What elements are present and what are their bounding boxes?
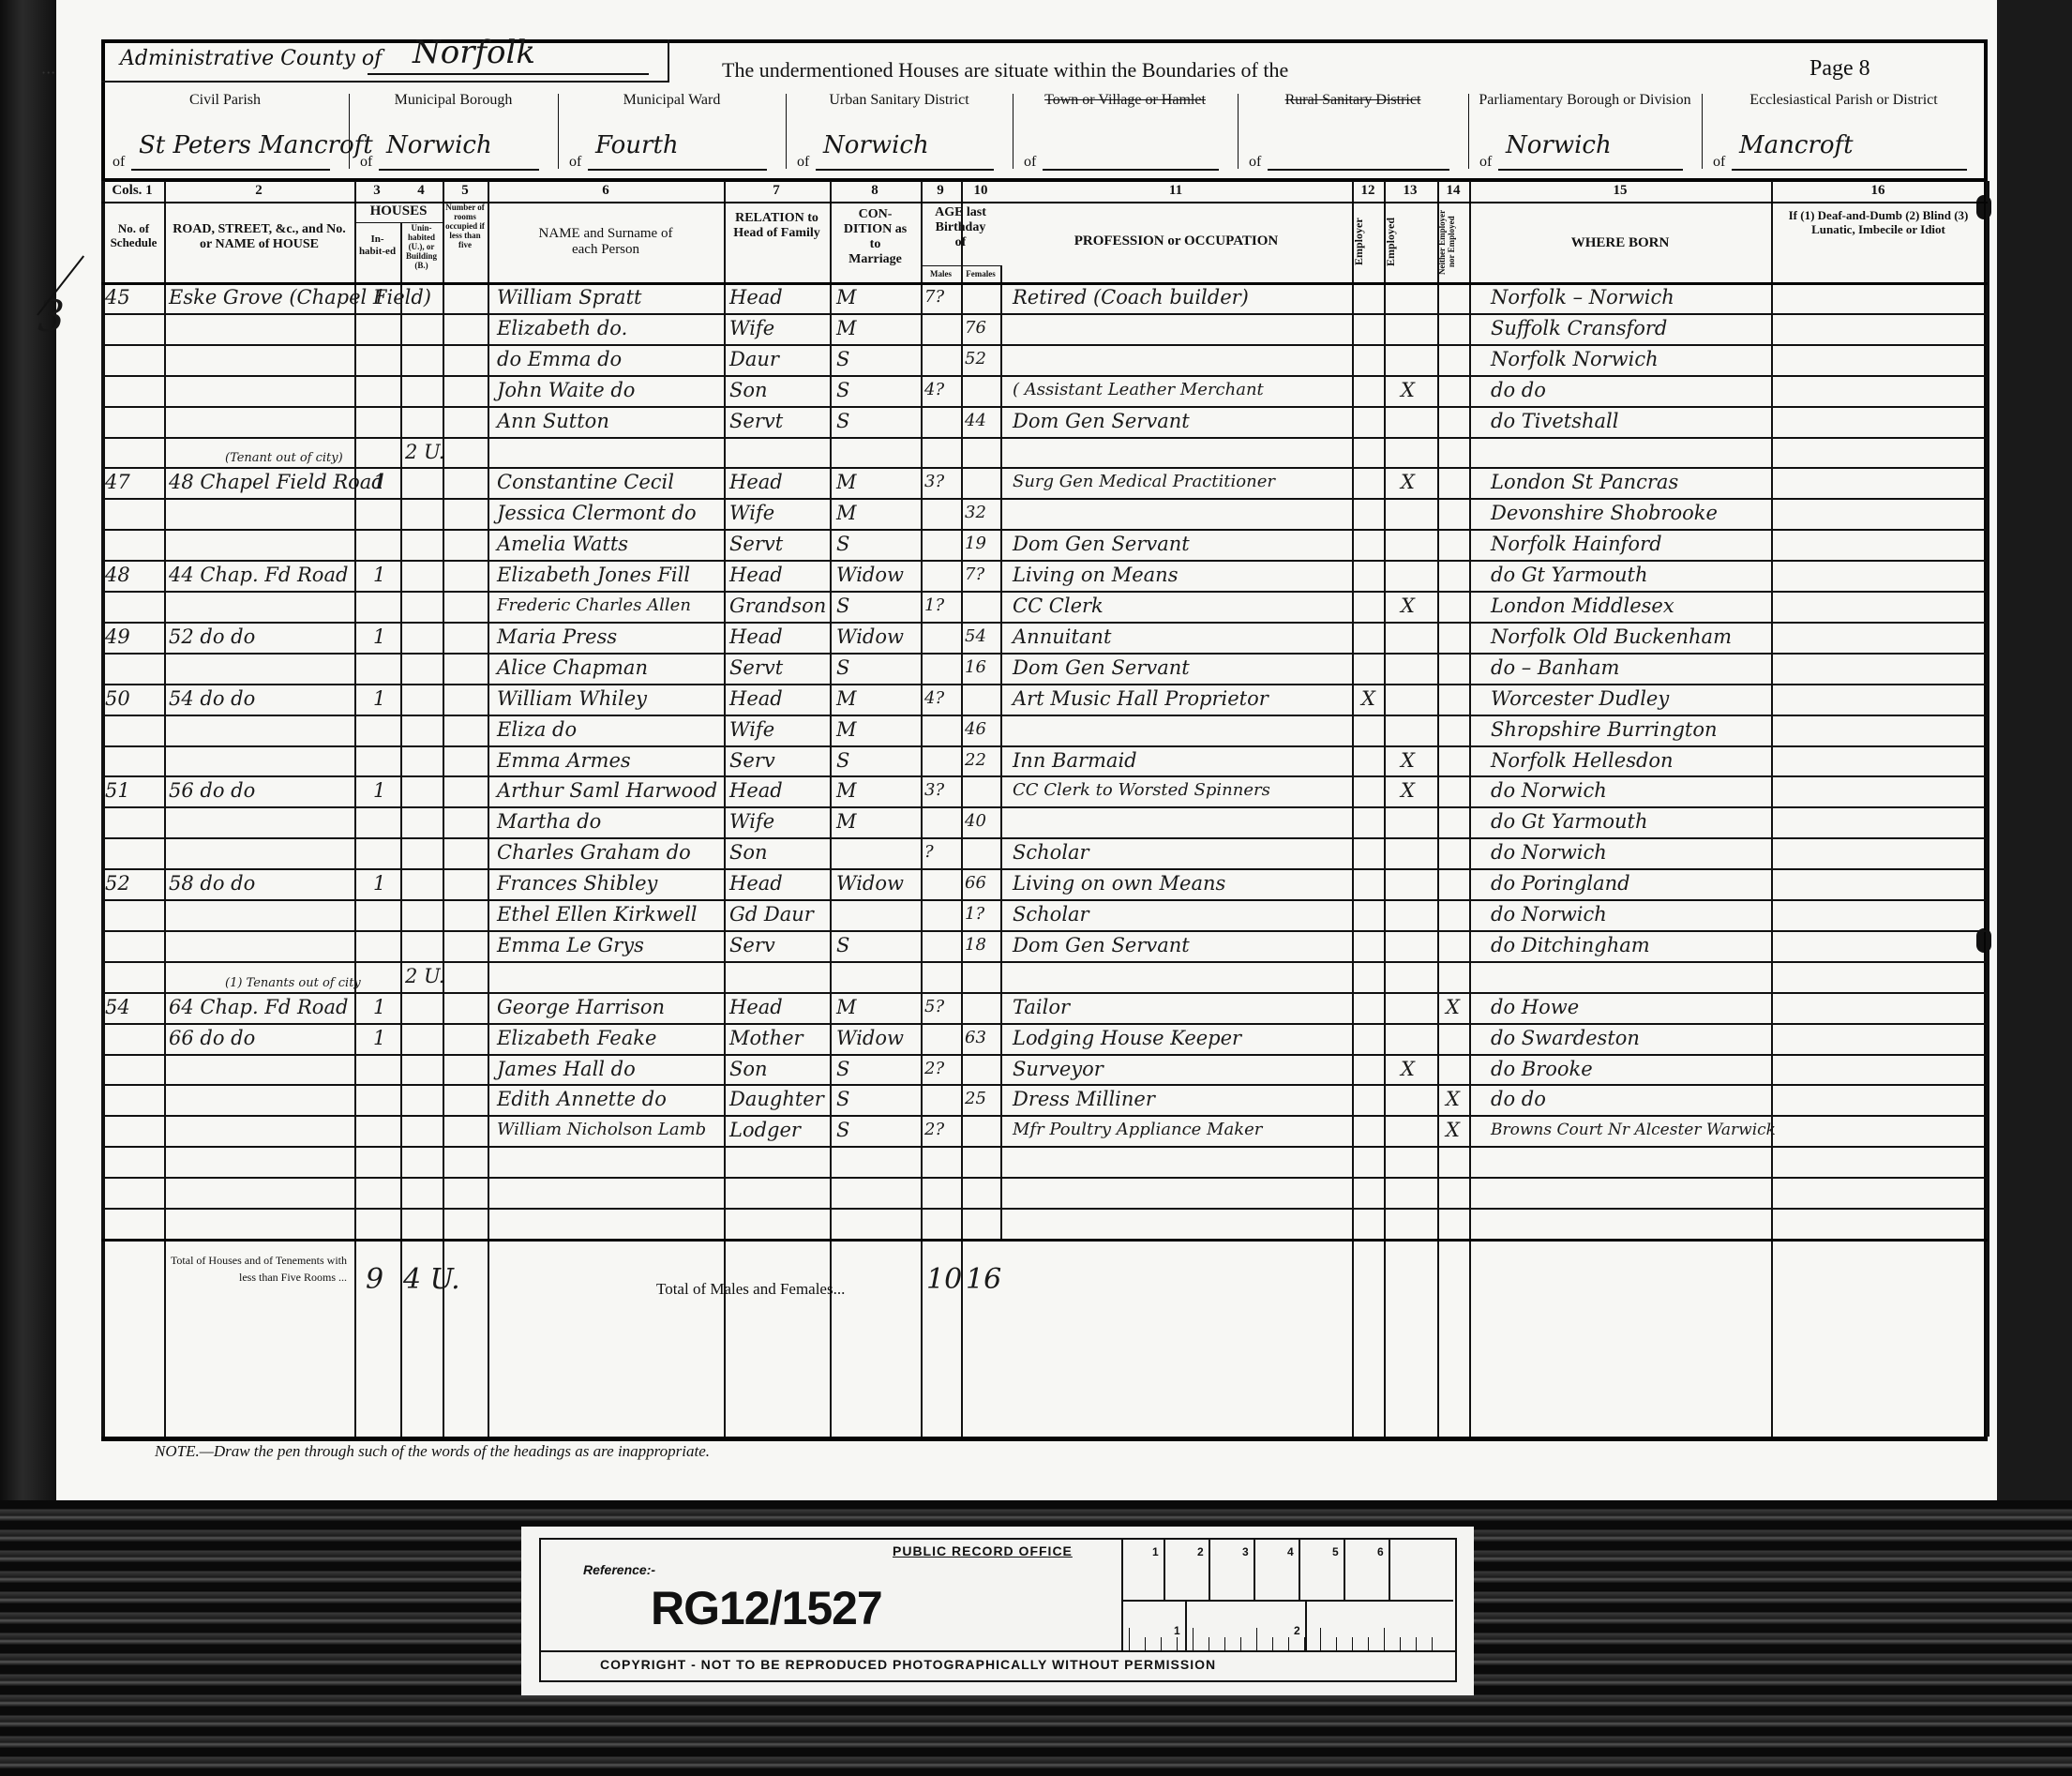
- relation: Head: [729, 468, 783, 496]
- female-age: 25: [965, 1085, 986, 1113]
- house-address: 58 do do: [169, 869, 255, 897]
- employed-mark: X: [1401, 468, 1415, 496]
- of-prefix: of: [360, 154, 372, 171]
- birthplace: do Ditchingham: [1491, 931, 1650, 959]
- female-age: 18: [965, 931, 986, 959]
- occupation: ( Assistant Leather Merchant: [1013, 376, 1264, 404]
- male-age: 3?: [924, 776, 944, 805]
- district-value: Norwich: [823, 131, 929, 159]
- ruler-cm-label: 5: [1332, 1545, 1339, 1558]
- district-value: Mancroft: [1739, 131, 1854, 159]
- birthplace: Norfolk Norwich: [1491, 345, 1659, 373]
- person-name: William Whiley: [497, 685, 647, 713]
- occupation: Living on Means: [1013, 561, 1178, 589]
- female-age: 66: [965, 869, 986, 897]
- footnote: NOTE.—Draw the pen through such of the w…: [155, 1442, 710, 1461]
- relation: Serv: [729, 746, 775, 775]
- occupation: Art Music Hall Proprietor: [1013, 685, 1269, 713]
- occupation: Scholar: [1013, 838, 1089, 866]
- relation: Head: [729, 283, 783, 311]
- column-number: Cols. 1: [95, 183, 170, 199]
- person-name: John Waite do: [497, 376, 635, 404]
- column-number: 11: [1138, 183, 1213, 199]
- birthplace: do – Banham: [1491, 654, 1619, 682]
- relation: Mother: [729, 1024, 803, 1052]
- relation: Daur: [729, 345, 779, 373]
- house-address: Eske Grove (Chapel Field): [169, 283, 431, 311]
- females-total: 16: [966, 1261, 1001, 1299]
- birthplace: do do: [1491, 376, 1546, 404]
- marital-condition: M: [836, 499, 857, 527]
- scan-left-edge: [0, 0, 56, 1510]
- column-header-road: ROAD, STREET, &c., and No. or NAME of HO…: [164, 222, 354, 252]
- birthplace: do Norwich: [1491, 900, 1607, 928]
- birthplace: Suffolk Cransford: [1491, 314, 1667, 342]
- ruler-cm-label: 6: [1377, 1545, 1384, 1558]
- person-name: William Spratt: [497, 283, 641, 311]
- occupation: Mfr Poultry Appliance Maker: [1013, 1116, 1262, 1144]
- person-name: George Harrison: [497, 993, 665, 1021]
- occupation: Living on own Means: [1013, 869, 1225, 897]
- district-value: Norwich: [386, 131, 492, 159]
- occupation: Surveyor: [1013, 1055, 1104, 1083]
- female-age: 1?: [965, 900, 984, 928]
- inhabited-count: 1: [373, 623, 385, 651]
- female-age: 22: [965, 746, 986, 775]
- birthplace: Browns Court Nr Alcester Warwick: [1491, 1116, 1776, 1144]
- male-age: 7?: [924, 283, 944, 311]
- column-header-neither: Neither Employer nor Employed: [1437, 205, 1469, 278]
- relation: Servt: [729, 407, 783, 435]
- marital-condition: M: [836, 283, 857, 311]
- marital-condition: M: [836, 468, 857, 496]
- district-value: Fourth: [595, 131, 679, 159]
- occupation: Dom Gen Servant: [1013, 407, 1190, 435]
- of-prefix: of: [797, 154, 809, 171]
- reference-code: RG12/1527: [651, 1581, 882, 1635]
- inhabited-count: 1: [373, 993, 385, 1021]
- marital-condition: S: [836, 407, 849, 435]
- column-header-schedule: No. of Schedule: [103, 222, 164, 250]
- inhabited-count: 1: [373, 468, 385, 496]
- female-age: 16: [965, 654, 986, 682]
- occupation: Scholar: [1013, 900, 1089, 928]
- person-name: Elizabeth Jones Fill: [497, 561, 690, 589]
- relation: Wife: [729, 715, 774, 744]
- marital-condition: Widow: [836, 561, 904, 589]
- birthplace: do Norwich: [1491, 838, 1607, 866]
- person-name: Emma Armes: [497, 746, 631, 775]
- district-label: Municipal Ward: [558, 92, 786, 109]
- marital-condition: M: [836, 314, 857, 342]
- of-prefix: of: [569, 154, 581, 171]
- marital-condition: S: [836, 592, 849, 620]
- of-prefix: of: [1713, 154, 1725, 171]
- uninhabited-total: 4 U.: [403, 1261, 460, 1299]
- birthplace: Norfolk Old Buckenham: [1491, 623, 1732, 651]
- marital-condition: S: [836, 746, 849, 775]
- district-value: Norwich: [1506, 131, 1612, 159]
- relation: Servt: [729, 654, 783, 682]
- birthplace: do Howe: [1491, 993, 1579, 1021]
- house-address: 54 do do: [169, 685, 255, 713]
- district-label: Rural Sanitary District: [1238, 92, 1468, 109]
- female-age: 40: [965, 807, 986, 835]
- schedule-number: 45: [105, 283, 130, 311]
- ruler-cm-label: 2: [1197, 1545, 1204, 1558]
- ruler-cm-label: 1: [1152, 1545, 1159, 1558]
- relation: Head: [729, 561, 783, 589]
- inhabited-count: 1: [373, 685, 385, 713]
- marital-condition: S: [836, 931, 849, 959]
- marital-condition: Widow: [836, 869, 904, 897]
- house-address: 44 Chap. Fd Road: [169, 561, 348, 589]
- relation: Son: [729, 376, 768, 404]
- birthplace: London Middlesex: [1491, 592, 1674, 620]
- birthplace: do Tivetshall: [1491, 407, 1618, 435]
- relation: Gd Daur: [729, 900, 814, 928]
- column-number: 7: [739, 183, 814, 199]
- marital-condition: M: [836, 776, 857, 805]
- males-total: 10: [926, 1261, 962, 1299]
- female-age: 46: [965, 715, 986, 744]
- ruler-inch-label: 1: [1174, 1624, 1180, 1637]
- female-age: 54: [965, 623, 986, 651]
- occupation: Dress Milliner: [1013, 1085, 1155, 1113]
- ruler-cm-label: 4: [1287, 1545, 1294, 1558]
- house-address: 48 Chapel Field Road: [169, 468, 384, 496]
- female-age: 7?: [965, 561, 984, 589]
- inhabited-count: 1: [373, 283, 385, 311]
- female-age: 32: [965, 499, 986, 527]
- marital-condition: S: [836, 376, 849, 404]
- male-age: 4?: [924, 376, 944, 404]
- column-header-infirmity: If (1) Deaf-and-Dumb (2) Blind (3) Lunat…: [1771, 209, 1986, 237]
- person-name: Amelia Watts: [497, 530, 628, 558]
- person-name: Edith Annette do: [497, 1085, 667, 1113]
- schedule-number: 51: [105, 776, 130, 805]
- relation: Wife: [729, 314, 774, 342]
- birthplace: do Norwich: [1491, 776, 1607, 805]
- marital-condition: S: [836, 1116, 849, 1144]
- neither-mark: X: [1446, 993, 1460, 1021]
- column-header-employer: Employer: [1352, 205, 1384, 278]
- inhabited-count: 1: [373, 1024, 385, 1052]
- birthplace: London St Pancras: [1491, 468, 1678, 496]
- occupation: Dom Gen Servant: [1013, 931, 1190, 959]
- relation: Daughter: [729, 1085, 824, 1113]
- inhabited-count: 1: [373, 869, 385, 897]
- birthplace: Worcester Dudley: [1491, 685, 1669, 713]
- copyright-notice: COPYRIGHT - NOT TO BE REPRODUCED PHOTOGR…: [600, 1657, 1216, 1672]
- birthplace: do do: [1491, 1085, 1546, 1113]
- relation: Head: [729, 869, 783, 897]
- person-name: Eliza do: [497, 715, 577, 744]
- district-label: Municipal Borough: [349, 92, 558, 109]
- office-label: PUBLIC RECORD OFFICE: [893, 1543, 1073, 1558]
- schedule-number: 49: [105, 623, 130, 651]
- inhabited-count: 1: [373, 561, 385, 589]
- houses-total-label: Total of Houses and of Tenements with le…: [169, 1252, 347, 1286]
- boundaries-text: The undermentioned Houses are situate wi…: [722, 58, 1288, 83]
- birthplace: Devonshire Shobrooke: [1491, 499, 1718, 527]
- column-number: 8: [837, 183, 912, 199]
- female-age: 76: [965, 314, 986, 342]
- person-name: do Emma do: [497, 345, 622, 373]
- of-prefix: of: [113, 154, 125, 171]
- stamp-mark: ···: [41, 64, 55, 82]
- person-name: Maria Press: [497, 623, 617, 651]
- birthplace: do Poringland: [1491, 869, 1630, 897]
- column-number: 5: [428, 183, 503, 199]
- column-header-rooms: Number of rooms occupied if less than fi…: [443, 203, 488, 249]
- male-age: 4?: [924, 685, 944, 713]
- reference-label: Reference:-: [583, 1562, 655, 1577]
- relation: Wife: [729, 499, 774, 527]
- marital-condition: Widow: [836, 1024, 904, 1052]
- occupation: Dom Gen Servant: [1013, 654, 1190, 682]
- employed-mark: X: [1401, 1055, 1415, 1083]
- person-name: Emma Le Grys: [497, 931, 644, 959]
- female-age: 44: [965, 407, 986, 435]
- county-value: Norfolk: [413, 34, 535, 71]
- person-name: Jessica Clermont do: [497, 499, 697, 527]
- occupation: CC Clerk: [1013, 592, 1104, 620]
- employed-mark: X: [1401, 746, 1415, 775]
- occupation: Dom Gen Servant: [1013, 530, 1190, 558]
- column-number: 16: [1840, 183, 1915, 199]
- person-name: Elizabeth Feake: [497, 1024, 656, 1052]
- employer-mark: X: [1361, 685, 1375, 713]
- county-label: Administrative County of: [120, 47, 382, 70]
- house-address: 56 do do: [169, 776, 255, 805]
- relation: Head: [729, 776, 783, 805]
- column-number: 6: [568, 183, 643, 199]
- occupation: CC Clerk to Worsted Spinners: [1013, 776, 1270, 805]
- of-prefix: of: [1024, 154, 1036, 171]
- of-prefix: of: [1479, 154, 1492, 171]
- column-header-occupation: PROFESSION or OCCUPATION: [1000, 233, 1352, 249]
- person-name: Frederic Charles Allen: [497, 592, 691, 620]
- persons-total-label: Total of Males and Females...: [656, 1280, 845, 1299]
- male-age: 3?: [924, 468, 944, 496]
- schedule-number: 50: [105, 685, 130, 713]
- male-age: 2?: [924, 1116, 944, 1144]
- person-name: Frances Shibley: [497, 869, 657, 897]
- neither-mark: X: [1446, 1116, 1460, 1144]
- relation: Head: [729, 623, 783, 651]
- marital-condition: S: [836, 654, 849, 682]
- house-address: 64 Chap. Fd Road: [169, 993, 348, 1021]
- relation: Grandson: [729, 592, 826, 620]
- district-label: Civil Parish: [101, 92, 349, 109]
- column-number: 10: [943, 183, 1018, 199]
- person-name: Charles Graham do: [497, 838, 691, 866]
- column-header-age: AGE last Birthday of: [921, 205, 1000, 250]
- marital-condition: S: [836, 1055, 849, 1083]
- marital-condition: M: [836, 715, 857, 744]
- marital-condition: M: [836, 807, 857, 835]
- person-name: Ethel Ellen Kirkwell: [497, 900, 698, 928]
- birthplace: Norfolk Hellesdon: [1491, 746, 1674, 775]
- house-address: (Tenant out of city): [225, 452, 343, 465]
- marital-condition: M: [836, 685, 857, 713]
- house-address: (1) Tenants out of city: [225, 977, 361, 990]
- inhabited-total: 9: [366, 1261, 383, 1299]
- district-value: St Peters Mancroft: [139, 131, 373, 159]
- column-number: 2: [221, 183, 296, 199]
- female-age: 19: [965, 530, 986, 558]
- birthplace: do Swardeston: [1491, 1024, 1640, 1052]
- relation: Wife: [729, 807, 774, 835]
- marital-condition: S: [836, 1085, 849, 1113]
- occupation: Surg Gen Medical Practitioner: [1013, 468, 1275, 496]
- birthplace: Norfolk – Norwich: [1491, 283, 1674, 311]
- of-prefix: of: [1249, 154, 1261, 171]
- relation: Son: [729, 838, 768, 866]
- column-header-where_born: WHERE BORN: [1469, 235, 1771, 251]
- ruler-inch-label: 2: [1294, 1624, 1300, 1637]
- district-label: Town or Village or Hamlet: [1013, 92, 1238, 109]
- column-header-relation: RELATION to Head of Family: [724, 211, 830, 241]
- relation: Servt: [729, 530, 783, 558]
- birthplace: do Gt Yarmouth: [1491, 561, 1648, 589]
- occupation: Annuitant: [1013, 623, 1111, 651]
- relation: Head: [729, 685, 783, 713]
- column-header-males: Males: [921, 269, 961, 278]
- column-header-employed: Employed: [1384, 205, 1437, 278]
- marital-condition: Widow: [836, 623, 904, 651]
- relation: Son: [729, 1055, 768, 1083]
- marital-condition: S: [836, 345, 849, 373]
- schedule-number: 47: [105, 468, 130, 496]
- house-address: 66 do do: [169, 1024, 255, 1052]
- birthplace: Norfolk Hainford: [1491, 530, 1662, 558]
- ruler-cm-label: 3: [1242, 1545, 1249, 1558]
- person-name: Constantine Cecil: [497, 468, 674, 496]
- employed-mark: X: [1401, 376, 1415, 404]
- neither-mark: X: [1446, 1085, 1460, 1113]
- male-age: 1?: [924, 592, 944, 620]
- uninhabited-count: 2 U.: [405, 438, 444, 466]
- occupation: Lodging House Keeper: [1013, 1024, 1241, 1052]
- column-header-condition: CON-DITION as to Marriage: [830, 207, 921, 267]
- female-age: 63: [965, 1024, 986, 1052]
- occupation: Retired (Coach builder): [1013, 283, 1249, 311]
- relation: Serv: [729, 931, 775, 959]
- schedule-number: 48: [105, 561, 130, 589]
- person-name: Elizabeth do.: [497, 314, 627, 342]
- person-name: Alice Chapman: [497, 654, 648, 682]
- district-label: Parliamentary Borough or Division: [1468, 92, 1702, 109]
- relation: Lodger: [729, 1116, 801, 1144]
- district-label: Ecclesiastical Parish or District: [1702, 92, 1986, 109]
- district-label: Urban Sanitary District: [786, 92, 1013, 109]
- male-age: 2?: [924, 1055, 944, 1083]
- relation: Head: [729, 993, 783, 1021]
- marital-condition: M: [836, 993, 857, 1021]
- person-name: James Hall do: [497, 1055, 636, 1083]
- schedule-number: 54: [105, 993, 130, 1021]
- column-header-inhabited: In-habit-ed: [354, 233, 400, 257]
- column-number: 15: [1583, 183, 1658, 199]
- schedule-number: 52: [105, 869, 130, 897]
- page-number: Page 8: [1809, 56, 1870, 82]
- marital-condition: S: [836, 530, 849, 558]
- birthplace: do Brooke: [1491, 1055, 1593, 1083]
- person-name: William Nicholson Lamb: [497, 1116, 706, 1144]
- column-header-females: Females: [961, 269, 1000, 278]
- column-header-houses: HOUSES: [354, 203, 443, 219]
- person-name: Ann Sutton: [497, 407, 609, 435]
- birthplace: do Gt Yarmouth: [1491, 807, 1648, 835]
- uninhabited-count: 2 U.: [405, 962, 444, 990]
- column-header-uninhabited: Unin-habited (U.), or Building (B.): [400, 224, 443, 270]
- employed-mark: X: [1401, 776, 1415, 805]
- inhabited-count: 1: [373, 776, 385, 805]
- occupation: Inn Barmaid: [1013, 746, 1137, 775]
- occupation: Tailor: [1013, 993, 1070, 1021]
- column-number: 14: [1416, 183, 1491, 199]
- female-age: 52: [965, 345, 986, 373]
- house-address: 52 do do: [169, 623, 255, 651]
- column-header-name: NAME and Surname of each Person: [488, 226, 724, 259]
- person-name: Arthur Saml Harwood: [497, 776, 717, 805]
- male-age: ?: [924, 838, 934, 866]
- employed-mark: X: [1401, 592, 1415, 620]
- male-age: 5?: [924, 993, 944, 1021]
- birthplace: Shropshire Burrington: [1491, 715, 1718, 744]
- person-name: Martha do: [497, 807, 601, 835]
